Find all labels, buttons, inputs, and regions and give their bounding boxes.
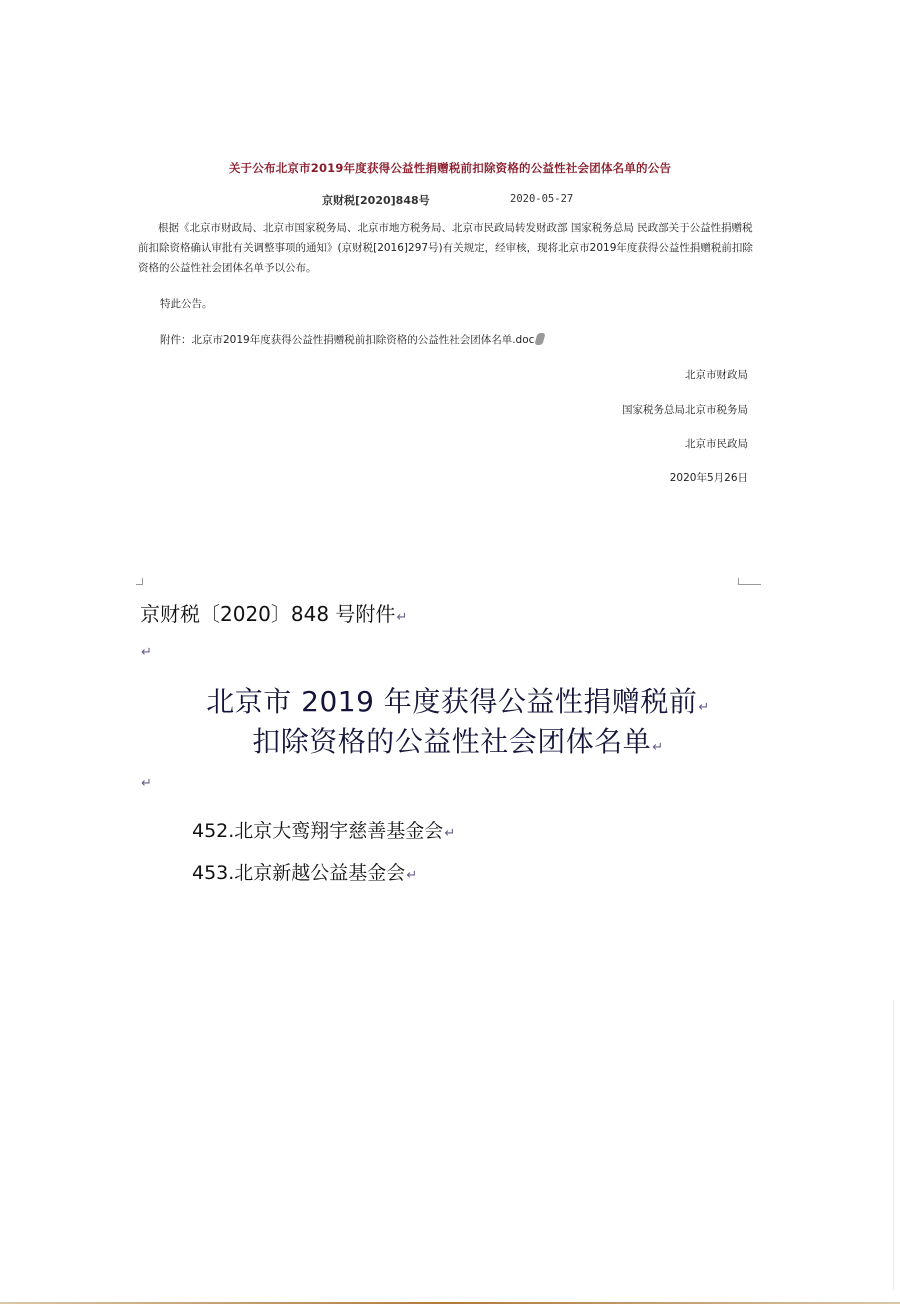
list-item-text: 453.北京新越公益基金会 xyxy=(192,862,405,884)
attachment-link[interactable]: 北京市2019年度获得公益性捐赠税前扣除资格的公益性社会团体名单.doc xyxy=(192,334,535,346)
notice-body: 根据《北京市财政局、北京市国家税务局、北京市地方税务局、北京市民政局转发财政部 … xyxy=(138,218,758,278)
list-item: 453.北京新越公益基金会↵ xyxy=(192,858,417,885)
list-title-text: 扣除资格的公益性社会团体名单 xyxy=(252,725,651,758)
paragraph-mark-icon: ↵ xyxy=(652,740,663,755)
attachment-line: 附件：北京市2019年度获得公益性捐赠税前扣除资格的公益性社会团体名单.doc xyxy=(160,332,544,347)
paragraph-mark-icon: ↵ xyxy=(141,776,152,791)
scan-edge-shadow xyxy=(893,1000,894,1290)
notice-closing: 特此公告。 xyxy=(160,296,213,311)
scanned-document: 关于公布北京市2019年度获得公益性捐赠税前扣除资格的公益性社会团体名单的公告 … xyxy=(0,0,900,1304)
page-corner-mark-left xyxy=(136,578,143,585)
publish-date: 2020-05-27 xyxy=(510,193,573,205)
signatory-finance-bureau: 北京市财政局 xyxy=(685,367,748,382)
paragraph-mark-icon: ↵ xyxy=(396,610,407,625)
signed-date: 2020年5月26日 xyxy=(670,470,748,485)
paragraph-mark-icon: ↵ xyxy=(444,826,455,841)
paragraph-mark-icon: ↵ xyxy=(141,645,152,660)
page-corner-mark-right xyxy=(738,578,761,585)
list-title-line-2: 扣除资格的公益性社会团体名单↵ xyxy=(8,720,900,760)
list-item: 452.北京大鸾翔宇慈善基金会↵ xyxy=(192,816,455,843)
paragraph-mark-icon: ↵ xyxy=(406,868,417,883)
document-number: 京财税[2020]848号 xyxy=(322,192,430,208)
list-title-line-1: 北京市 2019 年度获得公益性捐赠税前↵ xyxy=(8,680,900,720)
signatory-civil-affairs-bureau: 北京市民政局 xyxy=(685,436,748,451)
signatory-tax-bureau: 国家税务总局北京市税务局 xyxy=(622,402,748,417)
paragraph-mark-icon: ↵ xyxy=(698,700,709,715)
list-title-text: 北京市 2019 年度获得公益性捐赠税前 xyxy=(206,685,697,718)
list-item-text: 452.北京大鸾翔宇慈善基金会 xyxy=(192,820,443,842)
attachment-header: 京财税〔2020〕848 号附件↵ xyxy=(140,598,407,627)
attachment-header-text: 京财税〔2020〕848 号附件 xyxy=(140,602,395,626)
attachment-label: 附件： xyxy=(160,334,192,346)
paperclip-icon xyxy=(535,333,546,345)
notice-title: 关于公布北京市2019年度获得公益性捐赠税前扣除资格的公益性社会团体名单的公告 xyxy=(0,160,900,176)
